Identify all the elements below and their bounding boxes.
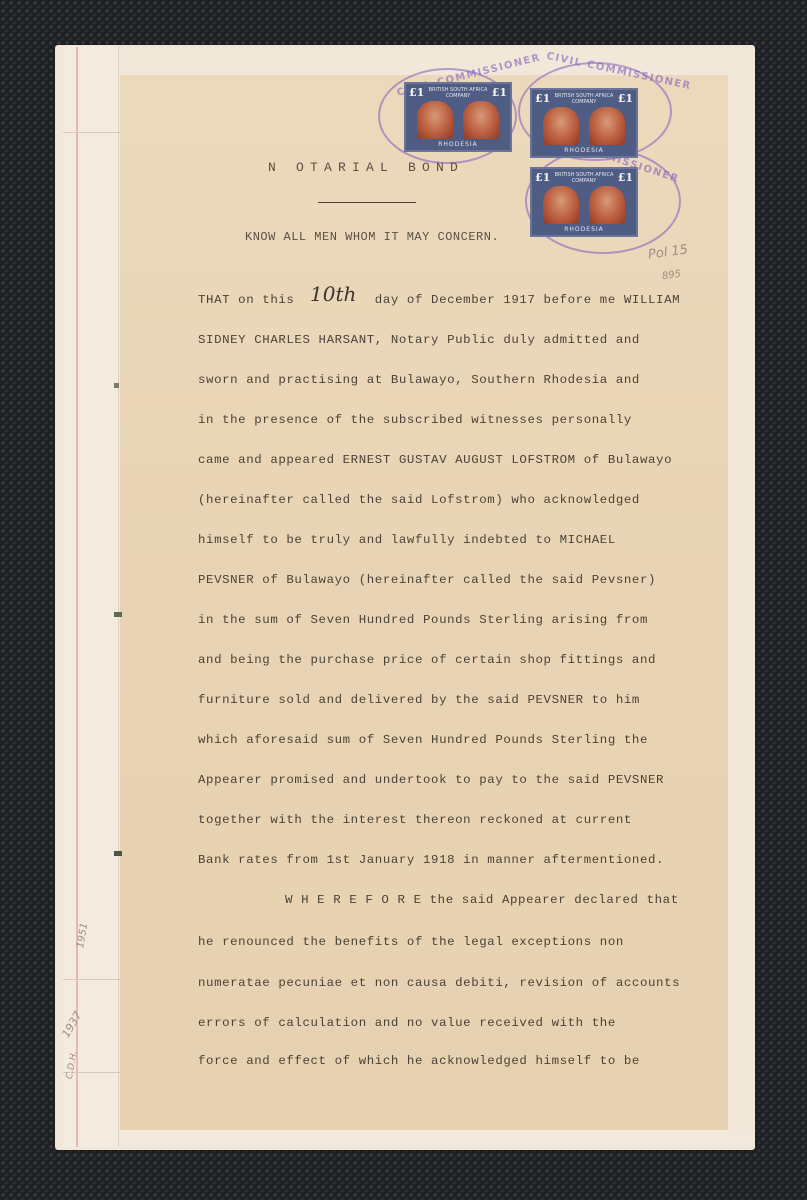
- red-margin-line: [76, 47, 78, 1147]
- stamp-header: BRITISH SOUTH AFRICA COMPANY: [548, 172, 620, 184]
- revenue-stamp-1: £1 £1 BRITISH SOUTH AFRICA COMPANY RHODE…: [404, 82, 512, 152]
- tab-mark: [114, 851, 122, 856]
- body-line: THAT on this day of December 1917 before…: [198, 293, 680, 307]
- green-tab-mark: [114, 612, 122, 617]
- revenue-stamp-3: £1 £1 BRITISH SOUTH AFRICA COMPANY RHODE…: [530, 167, 638, 237]
- fold-line: [63, 979, 120, 980]
- left-margin-strip: [63, 47, 119, 1147]
- stamp-footer: RHODESIA: [532, 226, 636, 233]
- body-line: together with the interest thereon recko…: [198, 813, 632, 827]
- stamp-footer: RHODESIA: [406, 141, 510, 148]
- body-line: which aforesaid sum of Seven Hundred Pou…: [198, 733, 648, 747]
- portrait-queen-icon: [543, 107, 579, 145]
- body-line: SIDNEY CHARLES HARSANT, Notary Public du…: [198, 333, 640, 347]
- wherefore-line: errors of calculation and no value recei…: [198, 1016, 616, 1030]
- body-line: in the presence of the subscribed witnes…: [198, 413, 632, 427]
- body-line: Bank rates from 1st January 1918 in mann…: [198, 853, 664, 867]
- document-title: N OTARIAL BOND: [268, 160, 464, 175]
- body-line: in the sum of Seven Hundred Pounds Sterl…: [198, 613, 648, 627]
- body-line: sworn and practising at Bulawayo, Southe…: [198, 373, 640, 387]
- wherefore-line: he renounced the benefits of the legal e…: [198, 935, 624, 949]
- stamp-header: BRITISH SOUTH AFRICA COMPANY: [548, 93, 620, 105]
- portrait-king-icon: [589, 186, 625, 224]
- stamp-header: BRITISH SOUTH AFRICA COMPANY: [422, 87, 494, 99]
- stamp-footer: RHODESIA: [532, 147, 636, 154]
- wherefore-line: numeratae pecuniae et non causa debiti, …: [198, 976, 680, 990]
- body-line: Appearer promised and undertook to pay t…: [198, 773, 664, 787]
- title-underline: [318, 202, 416, 203]
- body-line: and being the purchase price of certain …: [198, 653, 656, 667]
- document-subtitle: KNOW ALL MEN WHOM IT MAY CONCERN.: [245, 230, 499, 244]
- fold-line: [63, 132, 120, 133]
- body-line: (hereinafter called the said Lofstrom) w…: [198, 493, 640, 507]
- wherefore-line: W H E R E F O R E the said Appearer decl…: [285, 893, 679, 907]
- pin-mark: [114, 383, 119, 388]
- portrait-queen-icon: [543, 186, 579, 224]
- body-line: furniture sold and delivered by the said…: [198, 693, 640, 707]
- wherefore-line: force and effect of which he acknowledge…: [198, 1054, 640, 1068]
- portrait-queen-icon: [417, 101, 453, 139]
- body-line: himself to be truly and lawfully indebte…: [198, 533, 616, 547]
- body-line: came and appeared ERNEST GUSTAV AUGUST L…: [198, 453, 672, 467]
- bottom-margin-strip: [120, 1130, 755, 1148]
- body-line: PEVSNER of Bulawayo (hereinafter called …: [198, 573, 656, 587]
- handwritten-date: 10th: [310, 282, 356, 306]
- portrait-king-icon: [463, 101, 499, 139]
- portrait-king-icon: [589, 107, 625, 145]
- revenue-stamp-2: £1 £1 BRITISH SOUTH AFRICA COMPANY RHODE…: [530, 88, 638, 158]
